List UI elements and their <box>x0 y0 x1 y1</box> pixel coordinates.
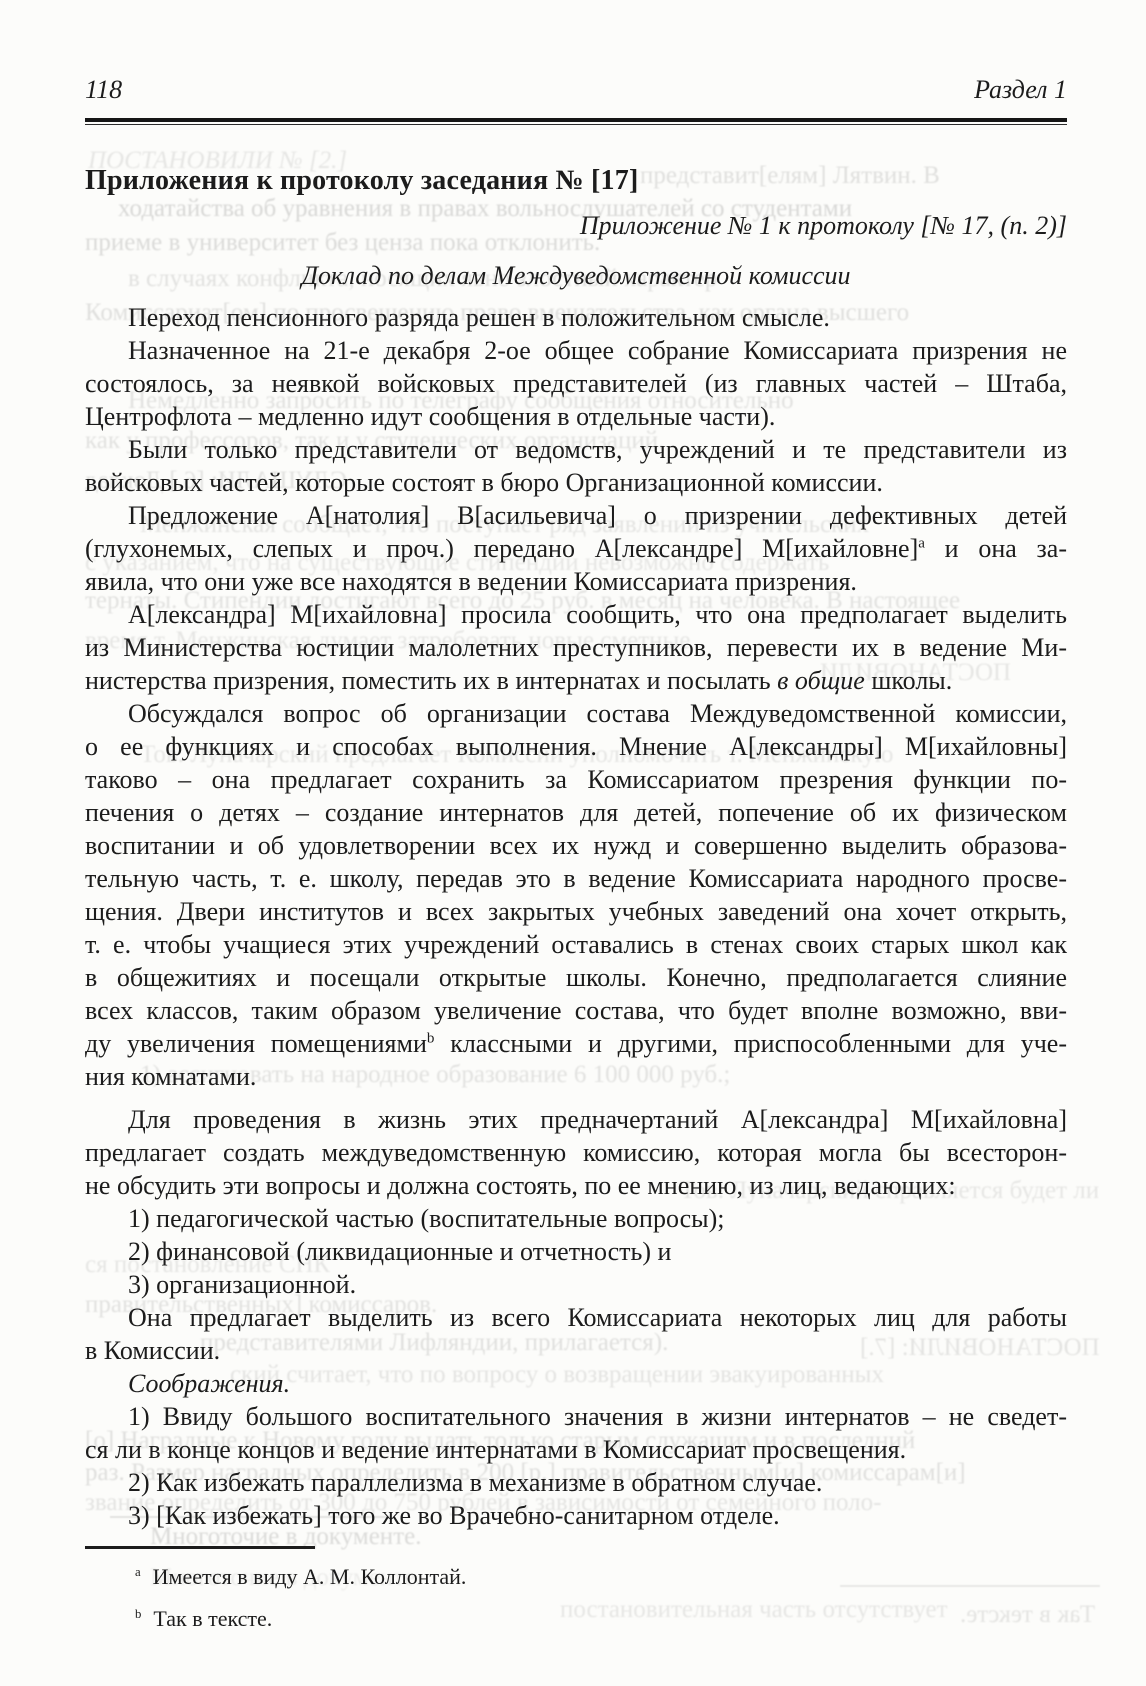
section-label: Раздел 1 <box>974 76 1067 104</box>
text-line: Переход пенсионного разряда решен в поло… <box>85 301 1067 334</box>
text-line: ся ли в конце концов и ведение интерната… <box>85 1433 1067 1466</box>
text-segment: тельную часть, т. е. школу, передав это … <box>85 864 1067 893</box>
paragraph: 2) Как избежать параллелизма в механизме… <box>85 1466 1067 1499</box>
footnote-marker-ref: a <box>918 535 925 551</box>
text-line: Она предлагает выделить из всего Комисса… <box>85 1301 1067 1334</box>
paragraph: 1) Ввиду большого воспитательного значен… <box>85 1400 1067 1466</box>
text-line: щения. Двери институтов и всех закрытых … <box>85 895 1067 928</box>
paragraph: 3) организационной. <box>85 1268 1067 1301</box>
text-segment: воспитании и об удовлетворении всех их н… <box>85 831 1067 860</box>
text-line: 1) Ввиду большого воспитательного значен… <box>85 1400 1067 1433</box>
paragraph: Соображения. <box>85 1367 1067 1400</box>
text-segment: из Министерства юстиции малолетних прест… <box>85 633 1067 662</box>
text-line: ния комнатами. <box>85 1060 1067 1093</box>
text-segment: печения о детях – создание интернатов дл… <box>85 798 1067 827</box>
text-segment: Она предлагает выделить из всего Комисса… <box>128 1303 1067 1332</box>
text-line: Предложение А[натолия] В[асильевича] о п… <box>85 499 1067 532</box>
text-line: Назначенное на 21-е декабря 2-ое общее с… <box>85 334 1067 367</box>
text-segment: ду увеличения помещениями <box>85 1029 427 1058</box>
text-segment: 1) педагогической частью (воспитательные… <box>128 1204 725 1233</box>
text-line: 3) организационной. <box>85 1268 1067 1301</box>
text-segment: классными и другими, приспособленными дл… <box>434 1029 1067 1058</box>
text-line: Центрофлота – медленно идут сообщения в … <box>85 400 1067 433</box>
footnote-text: Так в тексте. <box>153 1606 272 1631</box>
text-segment: Для проведения в жизнь этих предначертан… <box>128 1105 1067 1134</box>
text-line: из Министерства юстиции малолетних прест… <box>85 631 1067 664</box>
text-line: печения о детях – создание интернатов дл… <box>85 796 1067 829</box>
text-segment: в общие <box>777 666 865 695</box>
paragraph: 1) педагогической частью (воспитательные… <box>85 1202 1067 1235</box>
text-line: воспитании и об удовлетворении всех их н… <box>85 829 1067 862</box>
footnotes: aИмеется в виду А. М. Коллонтай.bТак в т… <box>85 1563 1067 1633</box>
text-line: таково – она предлагает сохранить за Ком… <box>85 763 1067 796</box>
paragraph: Предложение А[натолия] В[асильевича] о п… <box>85 499 1067 598</box>
text-line: в общежитиях и посещали открытые школы. … <box>85 961 1067 994</box>
running-header: 118 Раздел 1 <box>85 76 1067 104</box>
body-text: Переход пенсионного разряда решен в поло… <box>85 301 1067 1532</box>
footnote: bТак в тексте. <box>85 1605 1067 1633</box>
text-line: нистерства призрения, поместить их в инт… <box>85 664 1067 697</box>
text-line: войсковых частей, которые состоят в бюро… <box>85 466 1067 499</box>
paragraph: Были только представители от ведомств, у… <box>85 433 1067 499</box>
text-segment: всех классов, таким образом увеличение с… <box>85 996 1067 1025</box>
text-segment: ния комнатами. <box>85 1062 256 1091</box>
footnote: aИмеется в виду А. М. Коллонтай. <box>85 1563 1067 1591</box>
text-line: т. е. чтобы учащиеся этих учреждений ост… <box>85 928 1067 961</box>
text-segment: нистерства призрения, поместить их в инт… <box>85 666 777 695</box>
paragraph: 3) [Как избежать] того же во Врачебно-са… <box>85 1499 1067 1532</box>
document-heading: Приложения к протоколу заседания № [17] <box>85 165 1067 197</box>
text-segment: Назначенное на 21-е декабря 2-ое общее с… <box>128 336 1067 365</box>
text-line: Соображения. <box>85 1367 1067 1400</box>
text-segment: явила, что они уже все находятся в веден… <box>85 567 857 596</box>
text-line: 1) педагогической частью (воспитательные… <box>85 1202 1067 1235</box>
text-segment: 2) Как избежать параллелизма в механизме… <box>128 1468 822 1497</box>
text-segment: в Комиссии. <box>85 1336 220 1365</box>
page-content: 118 Раздел 1 Приложения к протоколу засе… <box>85 76 1067 1633</box>
header-rule <box>85 118 1067 122</box>
footnote-marker: b <box>135 1607 141 1621</box>
page-number: 118 <box>85 76 122 104</box>
paragraph: А[лександра] М[ихайловна] просила сообщи… <box>85 598 1067 697</box>
paragraph: Для проведения в жизнь этих предначертан… <box>85 1103 1067 1202</box>
text-segment: Переход пенсионного разряда решен в поло… <box>128 303 830 332</box>
text-line: не обсудить эти вопросы и должна состоят… <box>85 1169 1067 1202</box>
scanned-page: ПОСТАНОВИЛИ № [2.]представит[елям] Лятви… <box>0 0 1146 1686</box>
paragraph: Переход пенсионного разряда решен в поло… <box>85 301 1067 334</box>
text-line: предлагает создать междуведомственную ко… <box>85 1136 1067 1169</box>
text-line: состоялось, за неявкой войсковых предста… <box>85 367 1067 400</box>
text-segment: (глухонемых, слепых и проч.) передано А[… <box>85 534 918 563</box>
text-line: 2) Как избежать параллелизма в механизме… <box>85 1466 1067 1499</box>
text-line: всех классов, таким образом увеличение с… <box>85 994 1067 1027</box>
text-line: ду увеличения помещениямиb классными и д… <box>85 1027 1067 1060</box>
text-line: (глухонемых, слепых и проч.) передано А[… <box>85 532 1067 565</box>
footnote-marker: a <box>135 1565 141 1579</box>
text-segment: войсковых частей, которые состоят в бюро… <box>85 468 883 497</box>
text-line: тельную часть, т. е. школу, передав это … <box>85 862 1067 895</box>
text-line: явила, что они уже все находятся в веден… <box>85 565 1067 598</box>
header-rule-thin <box>85 124 1067 125</box>
text-segment: Центрофлота – медленно идут сообщения в … <box>85 402 775 431</box>
text-segment: Обсуждался вопрос об организации состава… <box>128 699 1067 728</box>
document-subtitle: Доклад по делам Междуведомственной комис… <box>85 261 1067 291</box>
text-segment: и она за- <box>925 534 1067 563</box>
text-segment: о ее функциях и способах выполнения. Мне… <box>85 732 1067 761</box>
text-segment: щения. Двери институтов и всех закрытых … <box>85 897 1067 926</box>
paragraph: Назначенное на 21-е декабря 2-ое общее с… <box>85 334 1067 433</box>
text-segment: т. е. чтобы учащиеся этих учреждений ост… <box>85 930 1067 959</box>
text-segment: Соображения. <box>128 1369 290 1398</box>
paragraph: Обсуждался вопрос об организации состава… <box>85 697 1067 1093</box>
text-line: 2) финансовой (ликвидационные и отчетнос… <box>85 1235 1067 1268</box>
text-segment: Предложение А[натолия] В[асильевича] о п… <box>128 501 1067 530</box>
text-line: 3) [Как избежать] того же во Врачебно-са… <box>85 1499 1067 1532</box>
text-segment: Были только представители от ведомств, у… <box>128 435 1067 464</box>
paragraph: 2) финансовой (ликвидационные и отчетнос… <box>85 1235 1067 1268</box>
text-segment: ся ли в конце концов и ведение интерната… <box>85 1435 906 1464</box>
text-segment: школы. <box>865 666 952 695</box>
text-segment: А[лександра] М[ихайловна] просила сообщи… <box>128 600 1067 629</box>
paragraph: Она предлагает выделить из всего Комисса… <box>85 1301 1067 1367</box>
text-segment: не обсудить эти вопросы и должна состоят… <box>85 1171 956 1200</box>
footnote-separator <box>85 1546 315 1549</box>
text-line: Для проведения в жизнь этих предначертан… <box>85 1103 1067 1136</box>
footnote-text: Имеется в виду А. М. Коллонтай. <box>153 1564 467 1589</box>
text-segment: в общежитиях и посещали открытые школы. … <box>85 963 1067 992</box>
text-segment: предлагает создать междуведомственную ко… <box>85 1138 1067 1167</box>
text-line: А[лександра] М[ихайловна] просила сообщи… <box>85 598 1067 631</box>
text-line: Были только представители от ведомств, у… <box>85 433 1067 466</box>
appendix-note: Приложение № 1 к протоколу [№ 17, (п. 2)… <box>85 211 1067 241</box>
text-segment: 3) организационной. <box>128 1270 356 1299</box>
text-line: в Комиссии. <box>85 1334 1067 1367</box>
text-line: о ее функциях и способах выполнения. Мне… <box>85 730 1067 763</box>
text-segment: 1) Ввиду большого воспитательного значен… <box>128 1402 1067 1431</box>
text-segment: таково – она предлагает сохранить за Ком… <box>85 765 1067 794</box>
text-segment: состоялось, за неявкой войсковых предста… <box>85 369 1067 398</box>
text-segment: 2) финансовой (ликвидационные и отчетнос… <box>128 1237 671 1266</box>
text-segment: 3) [Как избежать] того же во Врачебно-са… <box>128 1501 780 1530</box>
text-line: Обсуждался вопрос об организации состава… <box>85 697 1067 730</box>
